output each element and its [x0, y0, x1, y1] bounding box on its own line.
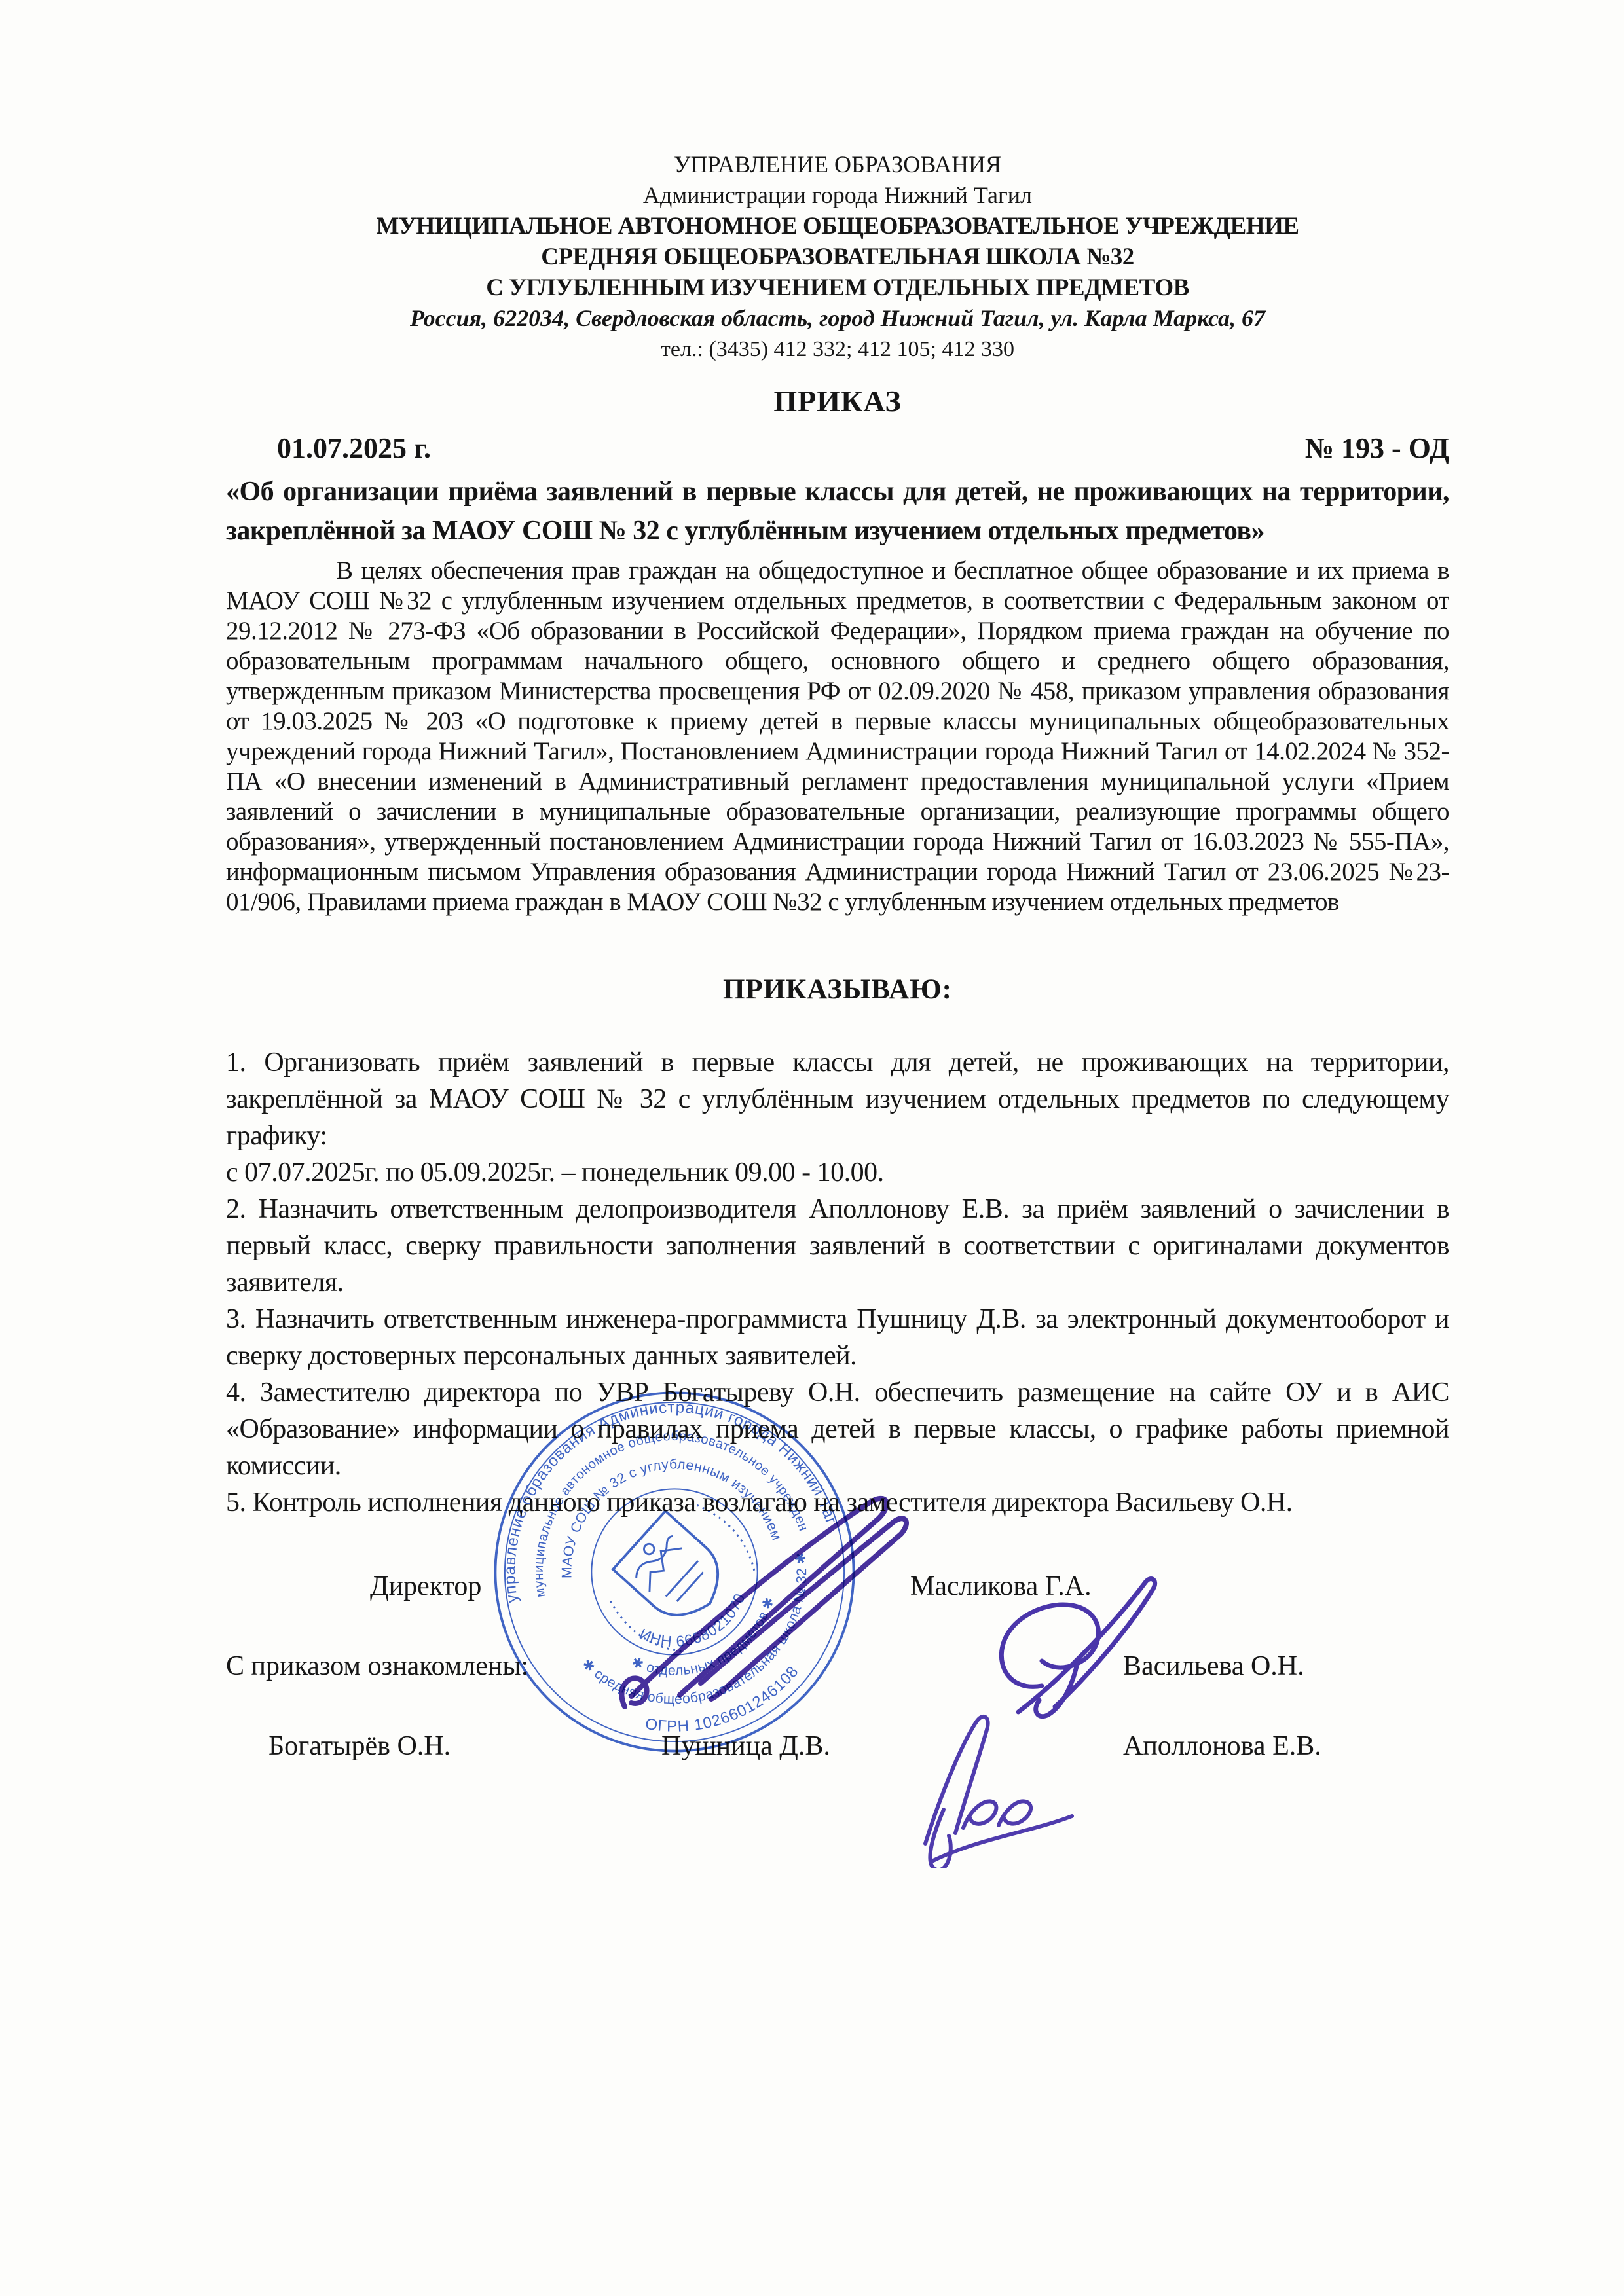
order-item-2: 2. Назначить ответственным делопроизводи… [226, 1191, 1449, 1301]
org-line-admin: Администрации города Нижний Тагил [226, 180, 1449, 211]
order-number: № 193 - ОД [1305, 431, 1449, 465]
director-label: Директор [370, 1571, 481, 1602]
order-preamble: В целях обеспечения прав граждан на обще… [226, 556, 1449, 917]
org-line-school: СРЕДНЯЯ ОБЩЕОБРАЗОВАТЕЛЬНАЯ ШКОЛА №32 [226, 242, 1449, 272]
letterhead: УПРАВЛЕНИЕ ОБРАЗОВАНИЯ Администрации гор… [226, 149, 1449, 365]
document-page: УПРАВЛЕНИЕ ОБРАЗОВАНИЯ Администрации гор… [0, 0, 1624, 2296]
order-subject: «Об организации приёма заявлений в первы… [226, 472, 1449, 551]
order-item-1-schedule: с 07.07.2025г. по 05.09.2025г. – понедел… [226, 1154, 1449, 1191]
org-phone: тел.: (3435) 412 332; 412 105; 412 330 [226, 334, 1449, 365]
org-address: Россия, 622034, Свердловская область, го… [226, 303, 1449, 334]
command-heading: ПРИКАЗЫВАЮ: [226, 972, 1449, 1008]
order-meta-row: 01.07.2025 г. № 193 - ОД [226, 431, 1449, 465]
document-content: УПРАВЛЕНИЕ ОБРАЗОВАНИЯ Администрации гор… [226, 149, 1449, 1918]
org-line-department: УПРАВЛЕНИЕ ОБРАЗОВАНИЯ [226, 149, 1449, 180]
order-item-1: 1. Организовать приём заявлений в первые… [226, 1044, 1449, 1154]
director-signature-ink [602, 1466, 930, 1747]
order-date: 01.07.2025 г. [226, 431, 431, 465]
org-line-profile: С УГЛУБЛЕННЫМ ИЗУЧЕНИЕМ ОТДЕЛЬНЫХ ПРЕДМЕ… [226, 272, 1449, 303]
order-title: ПРИКАЗ [226, 384, 1449, 418]
signature-block: Директор Масликова Г.А. С приказом ознак… [226, 1551, 1449, 1918]
signer-name-bogatyrev: Богатырёв О.Н. [268, 1730, 451, 1762]
signer-name-apollonova: Аполлонова Е.В. [1123, 1730, 1321, 1762]
org-line-institution: МУНИЦИПАЛЬНОЕ АВТОНОМНОЕ ОБЩЕОБРАЗОВАТЕЛ… [226, 211, 1449, 242]
order-item-3: 3. Назначить ответственным инженера-прог… [226, 1301, 1449, 1374]
acknowledged-label: С приказом ознакомлены: [226, 1650, 528, 1682]
apollonova-signature-ink [907, 1692, 1084, 1868]
